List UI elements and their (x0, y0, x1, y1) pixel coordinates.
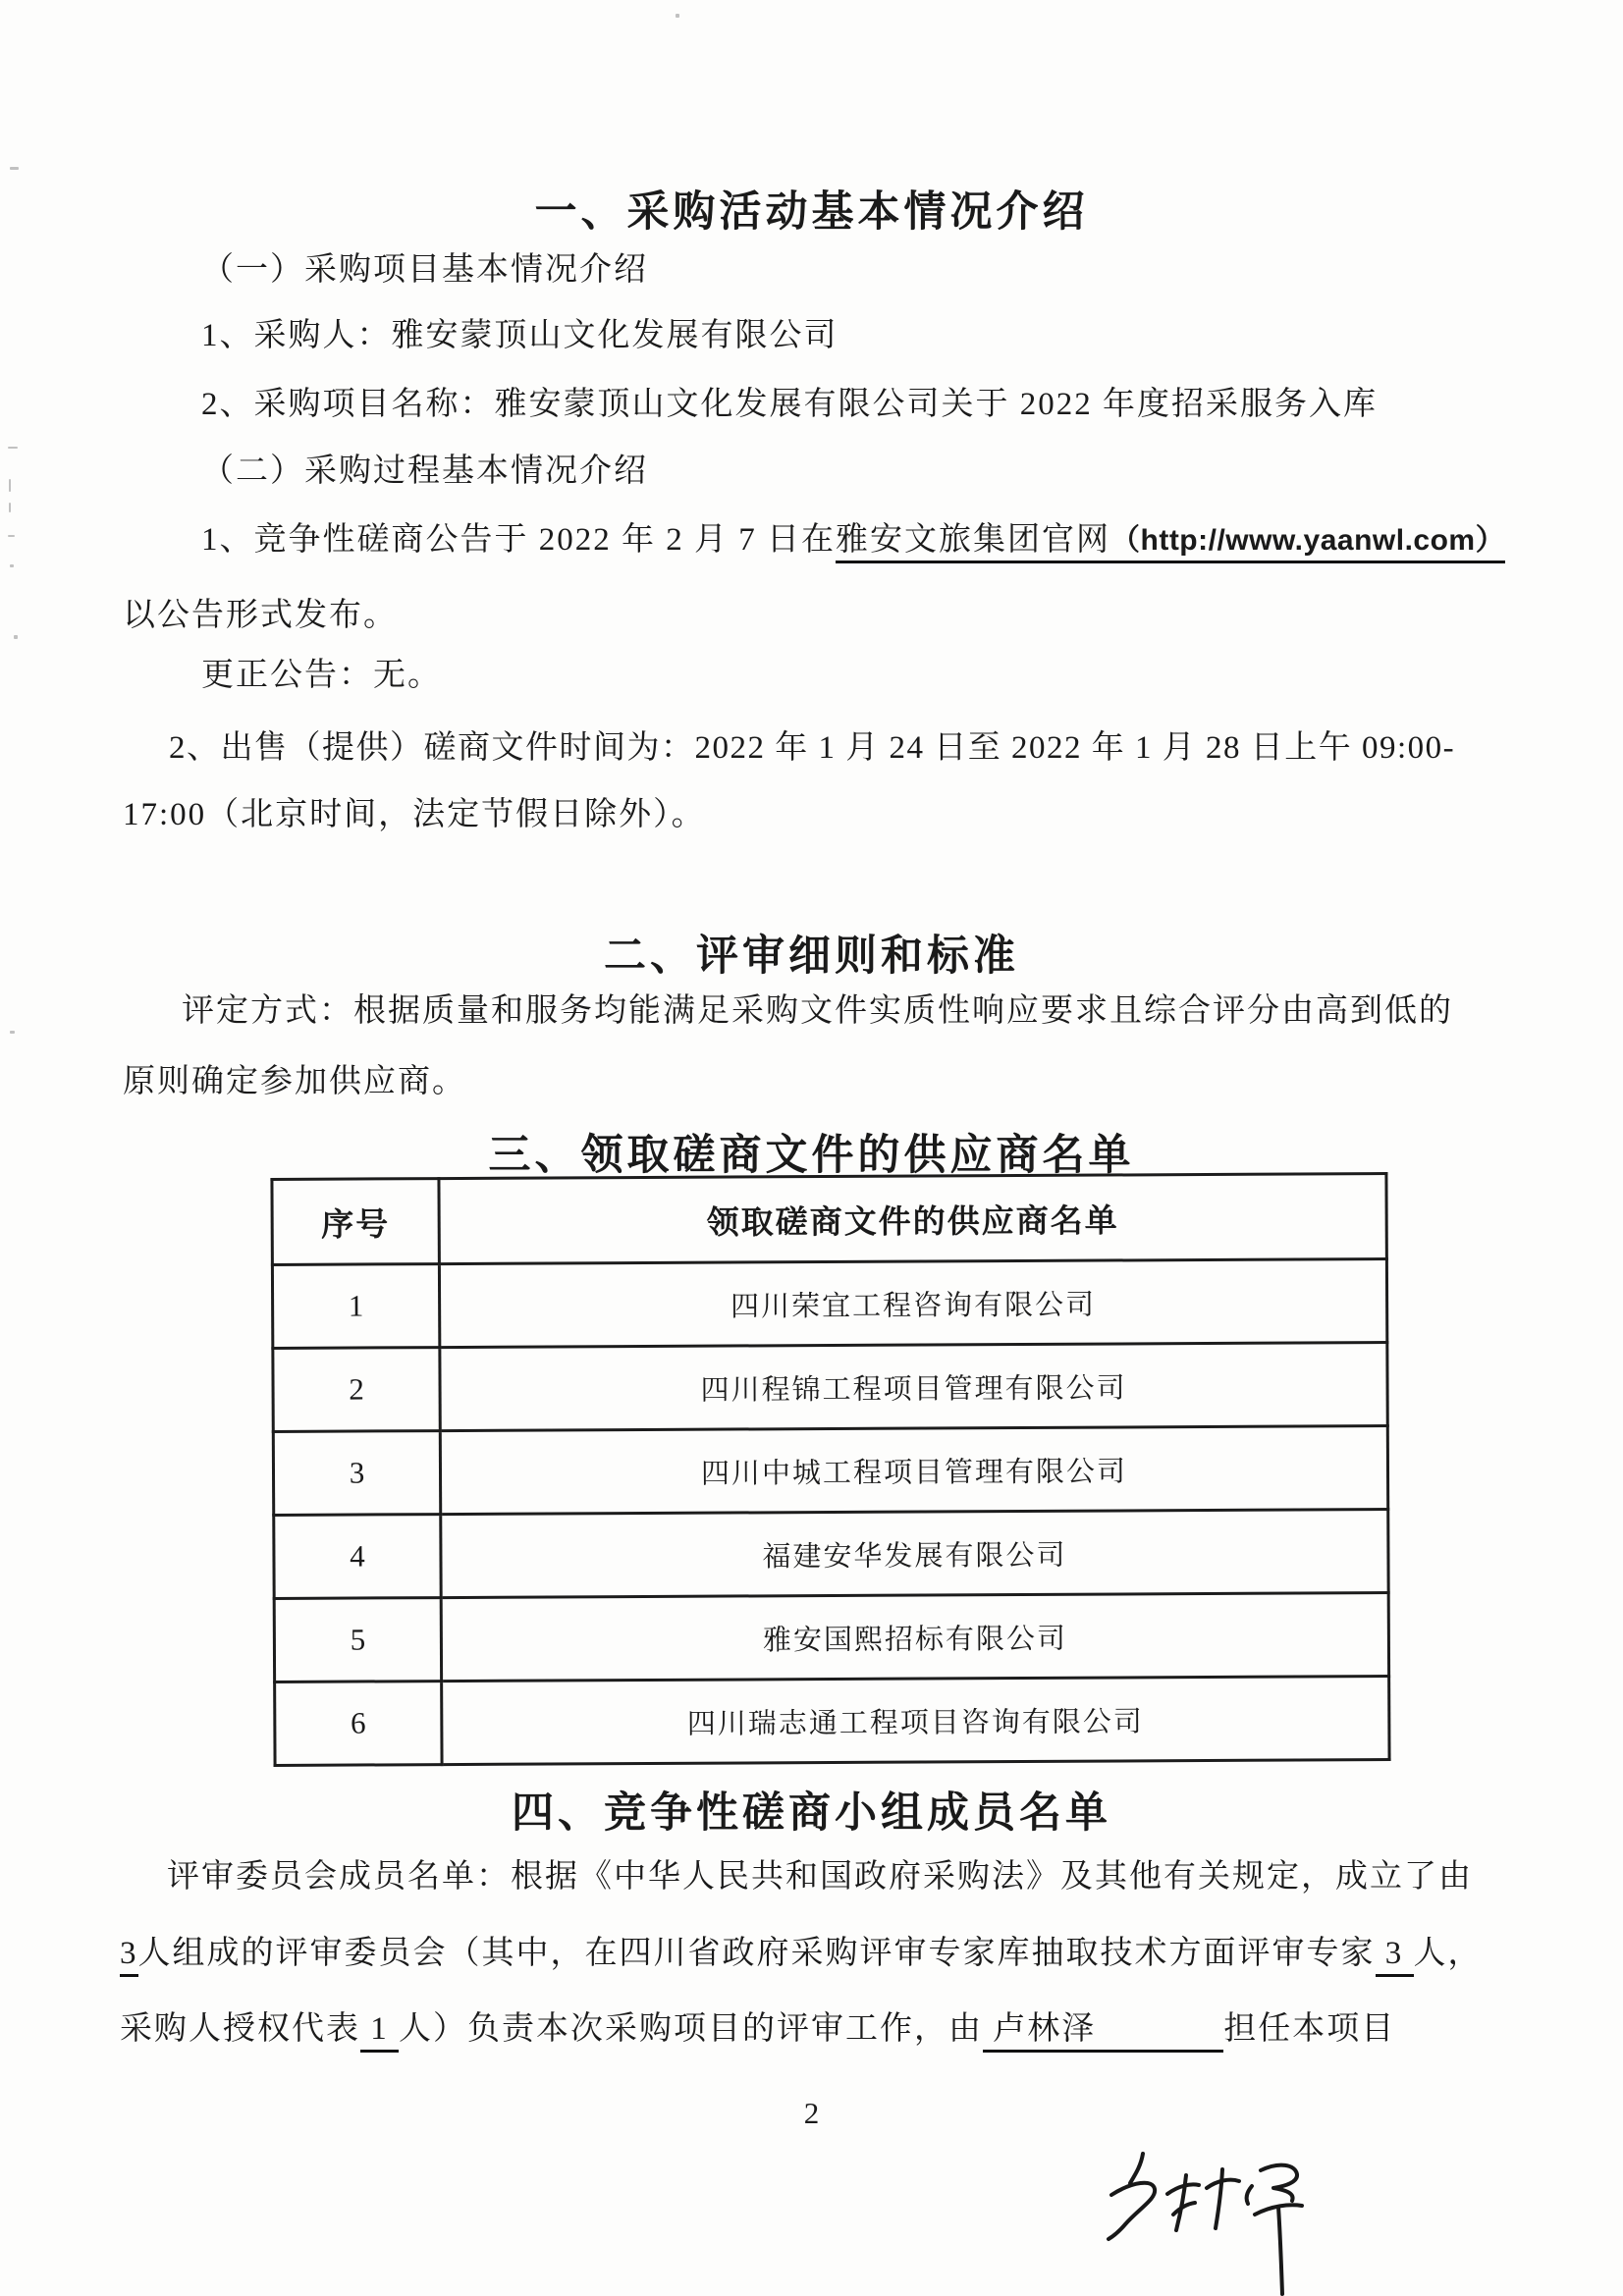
expert-count: 3 (1376, 1936, 1414, 1977)
correction-notice-line: 更正公告：无。 (201, 654, 442, 697)
document-sale-time-line2: 17:00（北京时间，法定节假日除外）。 (123, 793, 706, 836)
supplier-name: 四川程锦工程项目管理有限公司 (440, 1343, 1387, 1431)
table-header-row: 序号 领取磋商文件的供应商名单 (272, 1174, 1386, 1265)
representative-count: 1 (360, 2011, 399, 2053)
row-number: 4 (274, 1515, 441, 1599)
announcement-line: 1、竞争性磋商公告于 2022 年 2 月 7 日在雅安文旅集团官网（http:… (201, 518, 1505, 562)
section1-title: 一、采购活动基本情况介绍 (122, 179, 1501, 239)
column-header-supplier: 领取磋商文件的供应商名单 (439, 1174, 1386, 1264)
evaluation-method-line1: 评定方式：根据质量和服务均能满足采购文件实质性响应要求且综合评分由高到低的 (182, 989, 1453, 1033)
document-sale-time-line1: 2、出售（提供）磋商文件时间为：2022 年 1 月 24 日至 2022 年 … (169, 726, 1455, 770)
committee-line3-end: 担任本项目 (1223, 2011, 1395, 2047)
row-number: 1 (272, 1264, 439, 1349)
table-row: 5 雅安国熙招标有限公司 (274, 1593, 1388, 1682)
row-number: 3 (273, 1431, 440, 1516)
scan-artifact (9, 479, 11, 492)
handwritten-signature (1092, 2142, 1337, 2296)
table-row: 3 四川中城工程项目管理有限公司 (273, 1426, 1387, 1516)
table-row: 4 福建安华发展有限公司 (274, 1510, 1388, 1599)
scanned-document-page: 一、采购活动基本情况介绍 （一）采购项目基本情况介绍 1、采购人：雅安蒙顶山文化… (0, 0, 1623, 2296)
table-row: 6 四川瑞志通工程项目咨询有限公司 (275, 1677, 1389, 1766)
supplier-name: 雅安国熙招标有限公司 (441, 1593, 1388, 1682)
section1-sub2-heading: （二）采购过程基本情况介绍 (201, 450, 648, 493)
scan-artifact (8, 535, 15, 537)
scan-artifact (10, 167, 19, 170)
scan-artifact (8, 447, 18, 449)
page-number: 2 (122, 2096, 1501, 2131)
evaluation-method-line2: 原则确定参加供应商。 (123, 1060, 466, 1103)
table-row: 1 四川荣宜工程咨询有限公司 (272, 1259, 1386, 1349)
announcement-site-link[interactable]: 雅安文旅集团官网（http://www.yaanwl.com） (836, 522, 1505, 563)
column-header-no: 序号 (272, 1179, 439, 1265)
scan-artifact (9, 503, 11, 512)
section2-title: 二、评审细则和标准 (122, 923, 1501, 983)
committee-total-count: 3 (120, 1936, 138, 1977)
scan-artifact (676, 14, 679, 18)
supplier-name: 四川荣宜工程咨询有限公司 (439, 1259, 1386, 1348)
supplier-name: 四川瑞志通工程项目咨询有限公司 (442, 1677, 1389, 1765)
section4-title: 四、竞争性磋商小组成员名单 (122, 1780, 1501, 1840)
section1-sub1-heading: （一）采购项目基本情况介绍 (201, 248, 648, 292)
announcement-continued: 以公告形式发布。 (123, 594, 398, 637)
purchaser-line: 1、采购人：雅安蒙顶山文化发展有限公司 (201, 314, 839, 357)
committee-line2: 3人组成的评审委员会（其中，在四川省政府采购评审专家库抽取技术方面评审专家 3 … (120, 1932, 1483, 1975)
supplier-table: 序号 领取磋商文件的供应商名单 1 四川荣宜工程咨询有限公司 2 四川程锦工程项… (270, 1172, 1390, 1767)
project-name-line: 2、采购项目名称：雅安蒙顶山文化发展有限公司关于 2022 年度招采服务入库 (201, 383, 1378, 426)
committee-line2-text: 人组成的评审委员会（其中，在四川省政府采购评审专家库抽取技术方面评审专家 (138, 1936, 1376, 1971)
committee-line3-text: 人）负责本次采购项目的评审工作，由 (399, 2011, 983, 2047)
committee-line3: 采购人授权代表 1 人）负责本次采购项目的评审工作，由 卢林泽担任本项目 (120, 2007, 1395, 2051)
supplier-name: 福建安华发展有限公司 (441, 1510, 1388, 1598)
scan-artifact (10, 1031, 15, 1034)
row-number: 2 (273, 1348, 440, 1432)
table-row: 2 四川程锦工程项目管理有限公司 (273, 1343, 1387, 1432)
row-number: 6 (275, 1682, 442, 1766)
supplier-name: 四川中城工程项目管理有限公司 (440, 1426, 1387, 1515)
committee-line2-end: 人， (1414, 1936, 1483, 1971)
site-url[interactable]: （http://www.yaanwl.com） (1110, 524, 1505, 557)
scan-artifact (14, 635, 18, 639)
site-name: 雅安文旅集团官网 (836, 522, 1110, 558)
announcement-prefix: 1、竞争性磋商公告于 2022 年 2 月 7 日在 (201, 522, 836, 558)
row-number: 5 (274, 1598, 441, 1682)
scan-artifact (10, 564, 14, 567)
leader-name: 卢林泽 (983, 2011, 1223, 2053)
committee-line3-start: 采购人授权代表 (120, 2011, 360, 2047)
committee-line1: 评审委员会成员名单：根据《中华人民共和国政府采购法》及其他有关规定，成立了由 (167, 1855, 1473, 1898)
